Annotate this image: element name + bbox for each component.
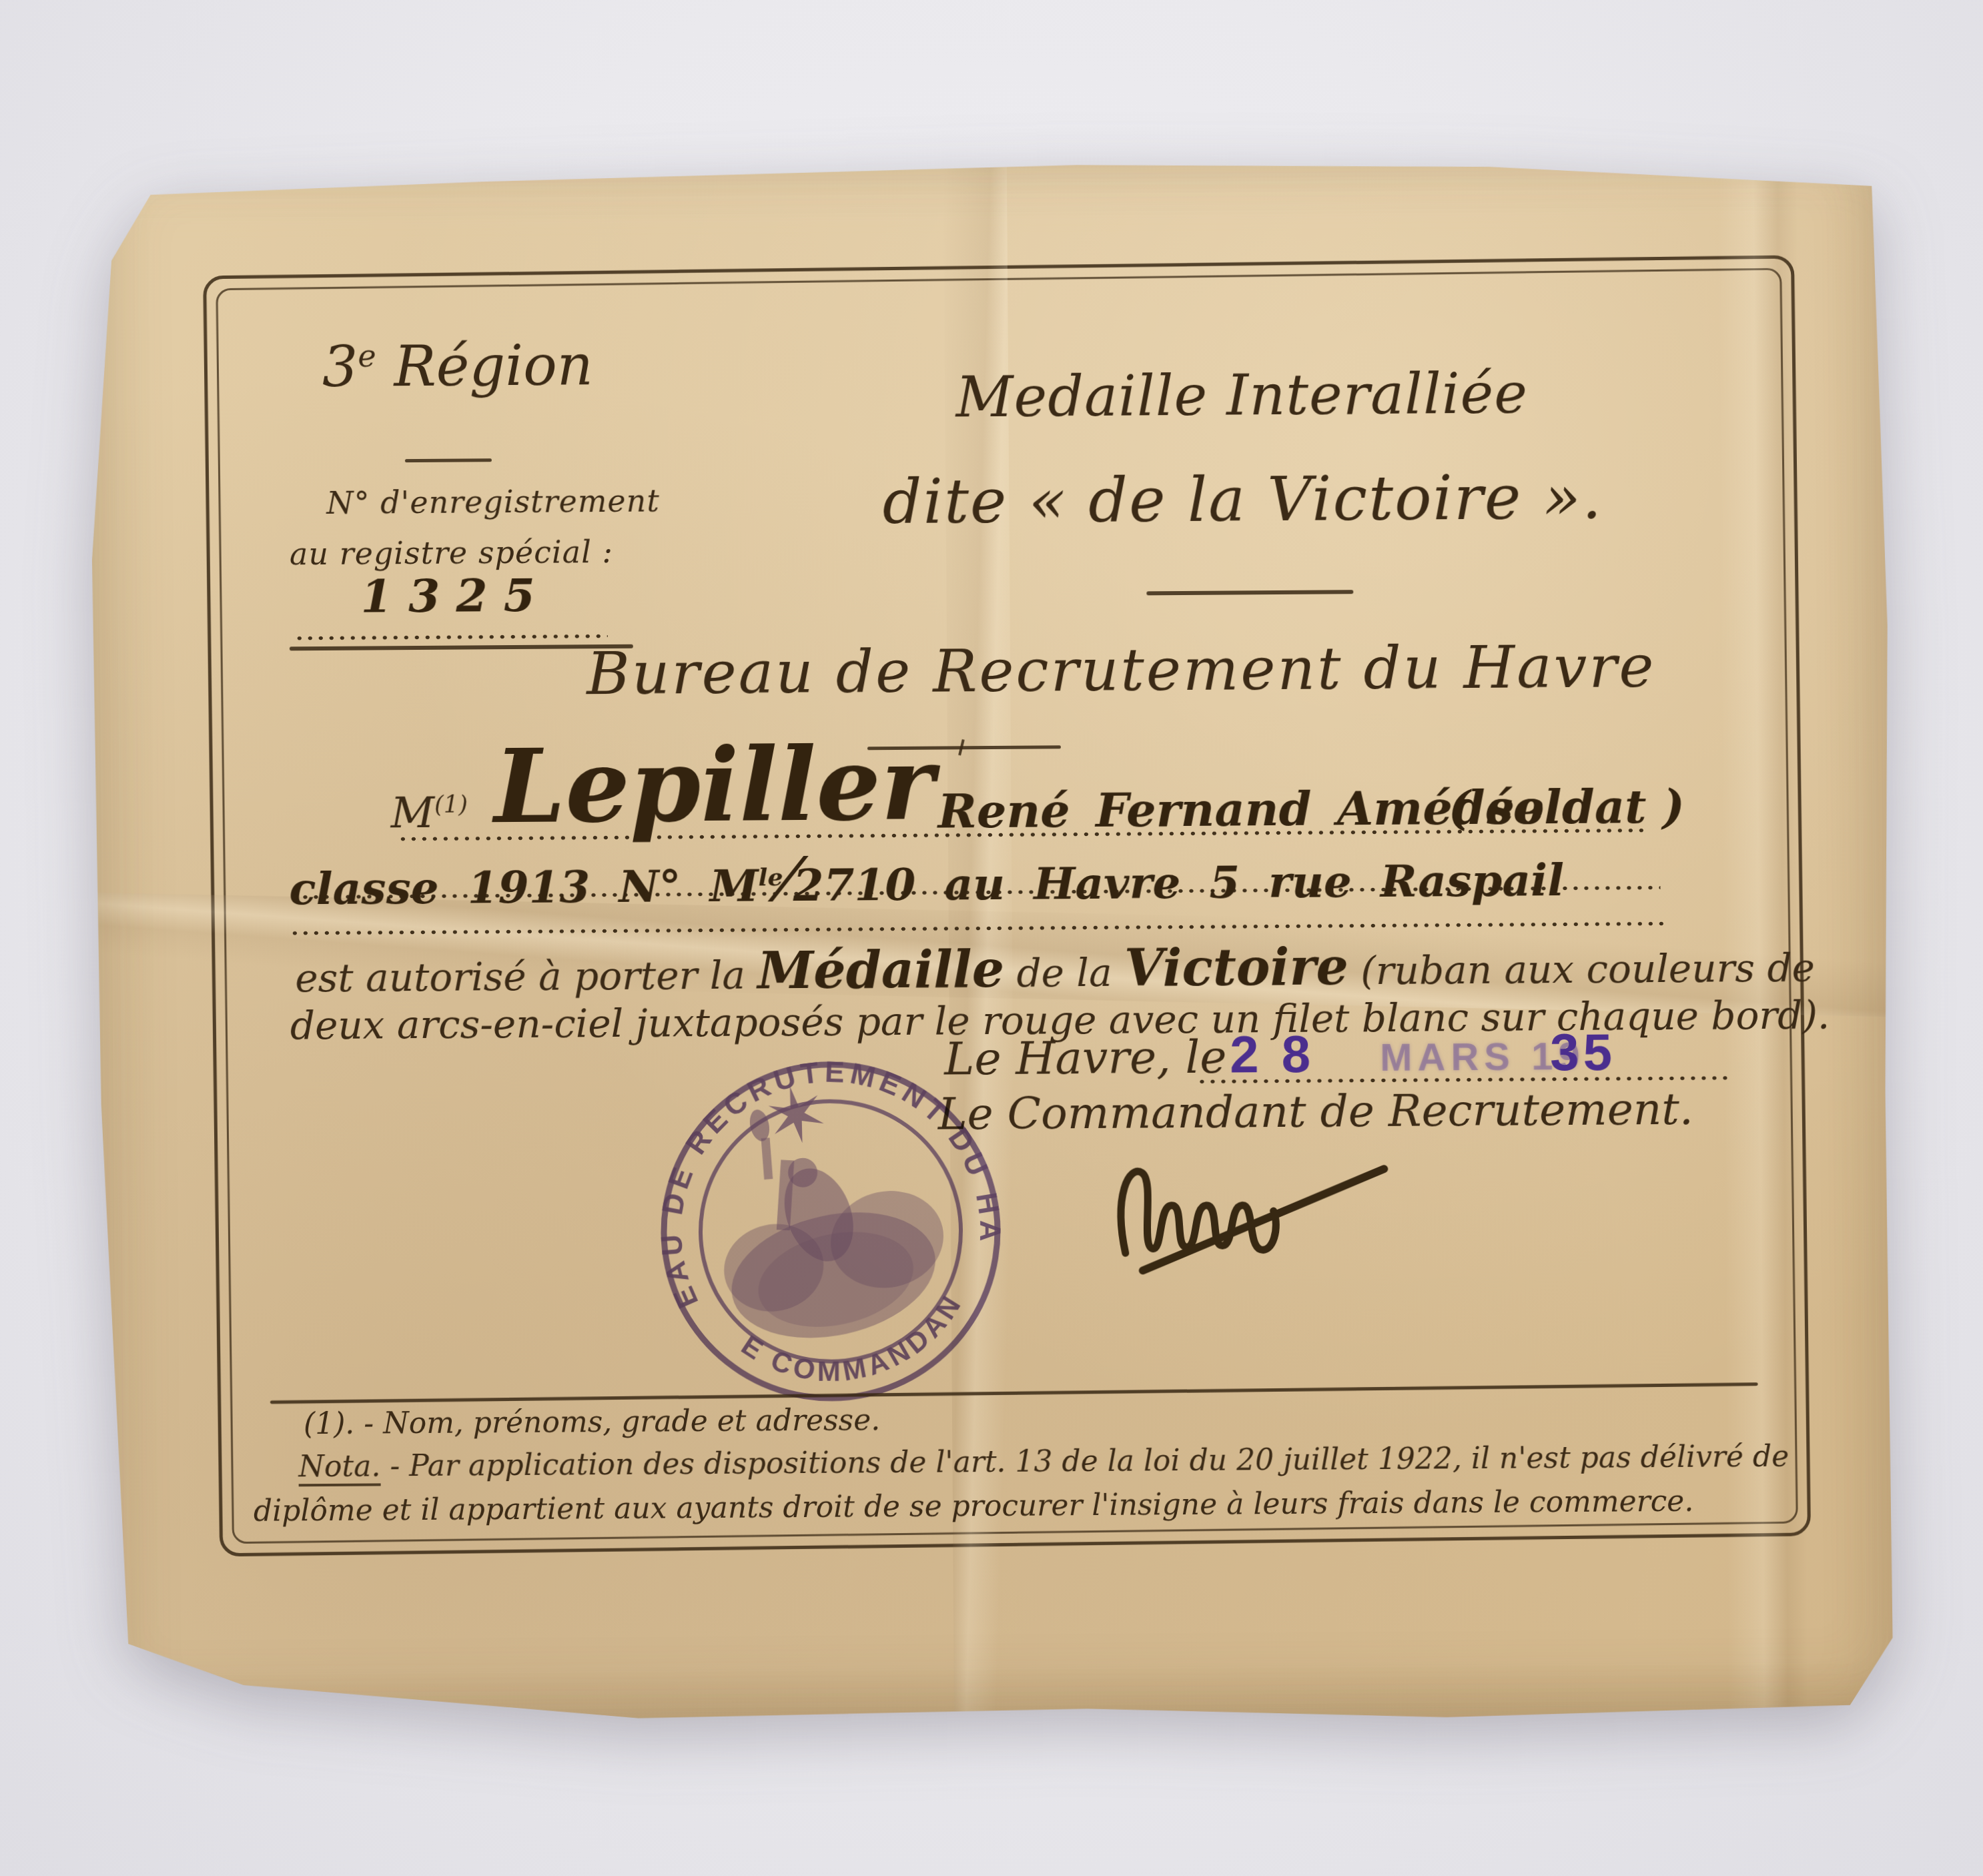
date-stamp-year: 35	[1550, 1021, 1616, 1083]
word-victoire: Victoire	[1124, 937, 1348, 997]
nota-label: Nota.	[298, 1449, 380, 1486]
signer-title: Le Commandant de Recrutement.	[938, 1083, 1694, 1140]
footnote-1: (1). - Nom, prénoms, grade et adresse.	[304, 1403, 881, 1441]
region-heading: 3e Région	[311, 332, 605, 400]
registration-label-line1: N° d'enregistrement	[326, 482, 660, 520]
signature-flourish-line	[1136, 1169, 1390, 1270]
title-line2: dite « de la Victoire ».	[812, 461, 1673, 538]
recipient-rank: ( soldat )	[1448, 779, 1685, 835]
title-line1: Medaille Interalliée	[811, 360, 1673, 431]
matricule-line: classe 1913 N° Mle⁄2710 au Havre 5 rue R…	[289, 839, 1565, 919]
signature-scrawl	[1090, 1125, 1419, 1283]
official-stamp: BUREAU DE RECRUTEMENT DU HAVRE ★ LE COMM…	[608, 1009, 1053, 1454]
matricule-slash: ⁄	[783, 845, 793, 915]
recipient-surname: Lepiller	[494, 733, 935, 838]
recipient-m-label: M(1)	[390, 788, 468, 838]
word-medaille: Médaille	[757, 939, 1004, 1001]
registration-number: 1325	[292, 568, 620, 624]
region-underline	[405, 458, 492, 462]
region-name: Région	[394, 332, 593, 399]
authorization-line1: est autorisé à porter la Médaille de la …	[295, 933, 1815, 1003]
region-number-superscript: e	[358, 338, 376, 374]
bureau-heading: Bureau de Recrutement du Havre	[586, 632, 1615, 708]
date-stamp-day: 28	[1230, 1023, 1333, 1085]
paper-wrap: 3e Région N° d'enregistrement au registr…	[89, 158, 1895, 1729]
certificate-paper: 3e Région N° d'enregistrement au registr…	[89, 158, 1895, 1729]
footnote-reference-superscript: (1)	[434, 791, 468, 818]
registration-label-line2: au registre spécial :	[290, 534, 613, 572]
photo-of-certificate: 3e Région N° d'enregistrement au registr…	[0, 0, 1983, 1876]
matricule-superscript: le	[758, 863, 783, 891]
